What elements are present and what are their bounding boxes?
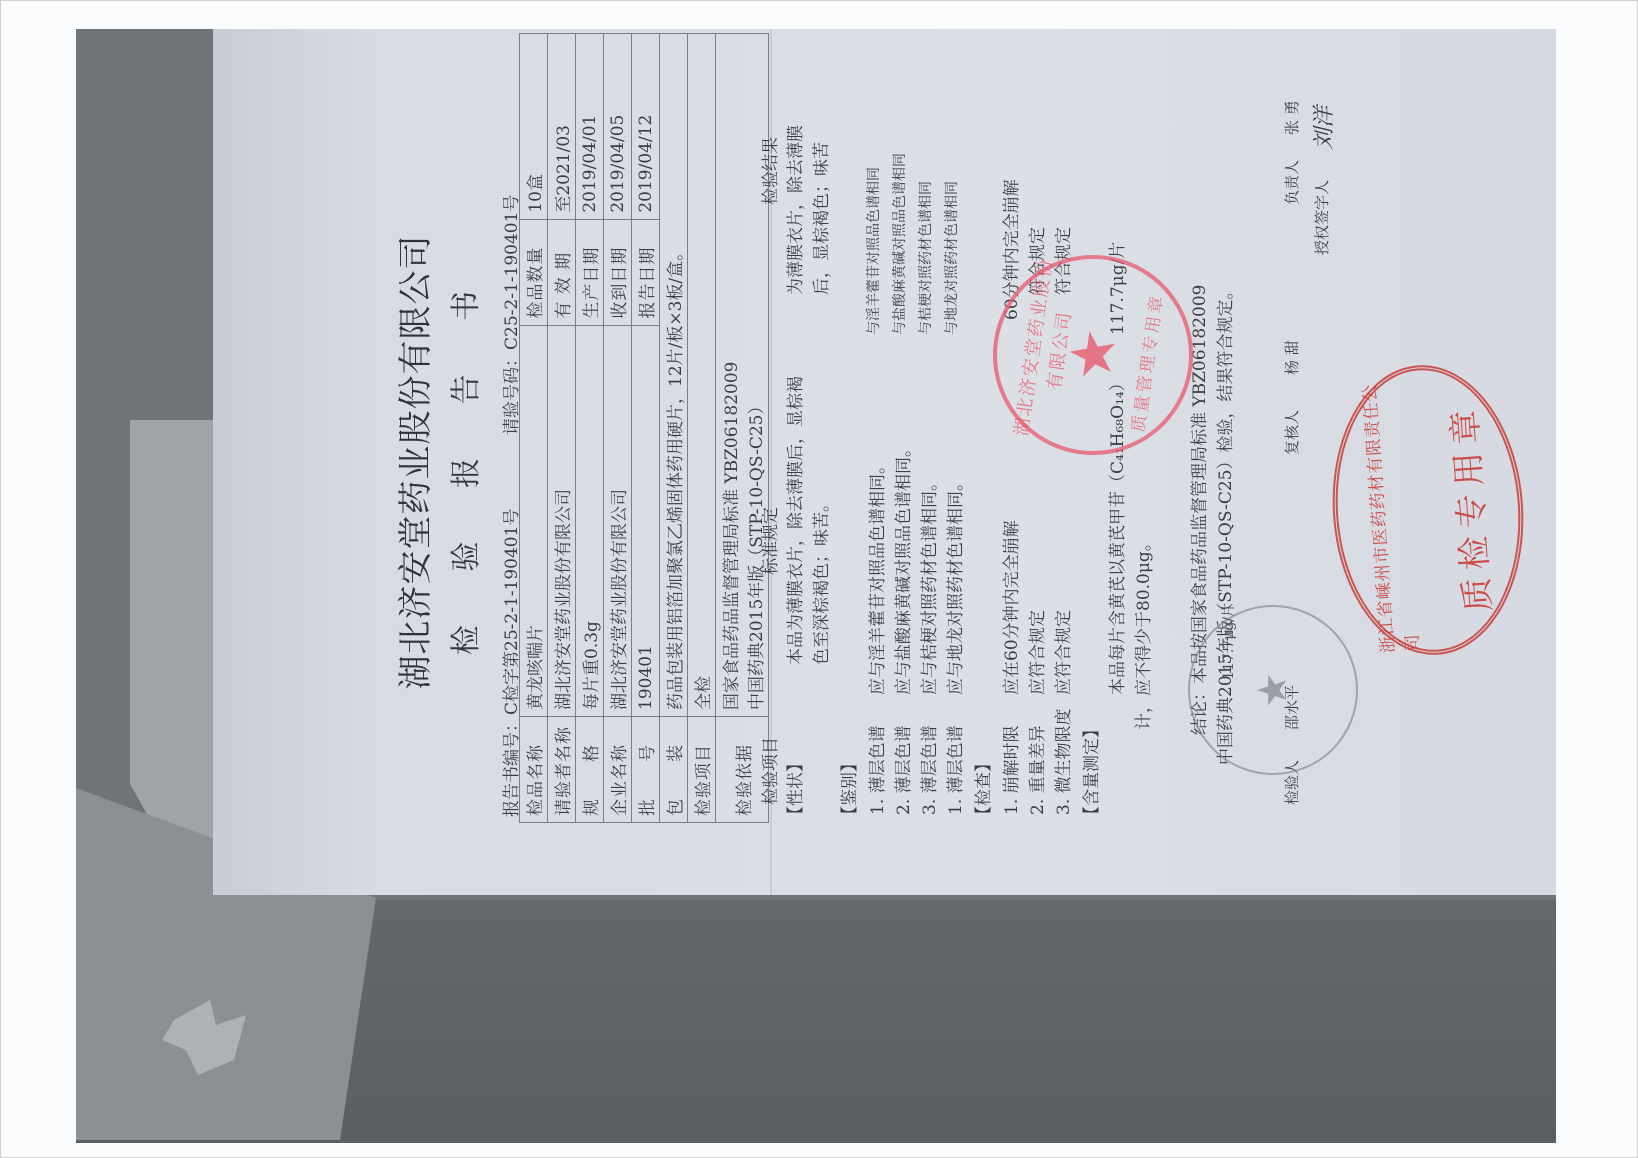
section-heading-identification: 【鉴别】 [835, 755, 860, 823]
character-result-line2: 后，显棕褐色；味苦 [807, 142, 832, 295]
inspection-report: 湖北济安堂药业股份有限公司 检 验 报 告 书 报告书编号：C检字第25-2-1… [213, 29, 1556, 895]
inspect-item-standard: 应符合规定 [1049, 610, 1074, 695]
cell-value: 药品包装用铝箔加聚氯乙烯固体药用硬片，12片/板×3板/盒。 [660, 34, 688, 717]
ident-item-standard: 应与地龙对照药材色谱相同。 [941, 474, 966, 695]
cell-label: 企业名称 [604, 717, 632, 823]
assay-standard-line2: 计，应不得少于80.0μg。 [1129, 534, 1154, 730]
ident-item-result: 与盐酸麻黄碱对照品色谱相同 [889, 153, 909, 335]
inspect-item-name: 2. 重量差异 [1023, 725, 1048, 815]
assay-result-overlay: 117.7μg/片 [1218, 603, 1238, 680]
cell-value: 湖北济安堂药业股份有限公司 [604, 325, 632, 716]
cell-label: 检验项目 [688, 717, 716, 823]
ident-item-result: 与地龙对照药材色谱相同 [941, 181, 961, 335]
section-heading-inspection: 【检查】 [969, 755, 994, 823]
table-row: 批 号 190401 报告日期 2019/04/12 [632, 34, 660, 823]
reviewer-name: 杨 甜 [1281, 340, 1302, 375]
table-row: 请验者名称 湖北济安堂药业股份有限公司 有 效 期 至2021/03 [548, 34, 576, 823]
ident-item-result: 与淫羊藿苷对照品色谱相同 [863, 167, 883, 335]
ident-item-standard: 应与淫羊藿苷对照品色谱相同。 [863, 457, 888, 695]
cell-label: 批 号 [632, 717, 660, 823]
character-standard: 本品为薄膜衣片，除去薄膜后，显棕褐 [781, 376, 806, 665]
column-header-standard: 标准规定 [756, 507, 781, 575]
table-row: 企业名称 湖北济安堂药业股份有限公司 收到日期 2019/04/05 [604, 34, 632, 823]
cell-value: 每片重0.3g [576, 325, 604, 716]
cell-value: 2019/04/05 [604, 34, 632, 220]
ident-item-name: 1. 薄层色谱 [941, 725, 966, 815]
table-row: 包 装 药品包装用铝箔加聚氯乙烯固体药用硬片，12片/板×3板/盒。 [660, 34, 688, 823]
column-header-result: 检验结果 [756, 137, 781, 205]
cell-value: 至2021/03 [548, 34, 576, 220]
cell-value: 黄龙咳喘片 [520, 325, 548, 716]
company-title: 湖北济安堂药业股份有限公司 [388, 29, 437, 895]
ident-item-name: 2. 薄层色谱 [889, 725, 914, 815]
inspect-item-standard: 应在60分钟内完全崩解 [997, 520, 1022, 695]
cell-value: 国家食品药品监督管理局标准 YBZ06182009 中国药典2015年版（STP… [716, 34, 769, 717]
inspect-item-name: 1. 崩解时限 [997, 725, 1022, 815]
table-row: 规 格 每片重0.3g 生产日期 2019/04/01 [576, 34, 604, 823]
inspect-item-standard: 应符合规定 [1023, 610, 1048, 695]
cell-label: 报告日期 [632, 219, 660, 325]
star-icon: ★ [1250, 672, 1296, 708]
cell-label: 规 格 [576, 717, 604, 823]
inspect-item-name: 3. 微生物限度 [1049, 708, 1074, 815]
oval-quality-stamp: 浙江省嵊州市医药药材有限责任公司 质检专用章 [1323, 359, 1533, 662]
section-heading-character: 【性状】 [781, 755, 806, 823]
cell-label: 收到日期 [604, 219, 632, 325]
section-heading-assay: 【含量测定】 [1077, 721, 1102, 823]
cell-label: 包 装 [660, 717, 688, 823]
stamp-text: 浙江省嵊州市医药药材有限责任公司 [1354, 371, 1423, 654]
responsible-name: 张 勇 [1281, 100, 1302, 135]
cell-label: 请验者名称 [548, 717, 576, 823]
responsible-label: 负责人 [1281, 160, 1302, 205]
cell-value: 190401 [632, 325, 660, 716]
table-row: 检品名称 黄龙咳喘片 检品数量 10盒 [520, 34, 548, 823]
ident-item-result: 与桔梗对照药材色谱相同 [915, 181, 935, 335]
ident-item-standard: 应与桔梗对照药材色谱相同。 [915, 474, 940, 695]
cell-label: 有 效 期 [548, 219, 576, 325]
cell-value: 2019/04/01 [576, 34, 604, 220]
character-result: 为薄膜衣片，除去薄膜 [781, 125, 806, 295]
cell-value: 10盒 [520, 34, 548, 220]
cell-label: 检品数量 [520, 219, 548, 325]
authorized-label: 授权签字人 [1311, 180, 1332, 255]
cell-value: 2019/04/12 [632, 34, 660, 220]
ident-item-standard: 应与盐酸麻黄碱对照品色谱相同。 [889, 440, 914, 695]
table-row: 检验项目 全检 [688, 34, 716, 823]
stamp-text: 质检专用章 [1436, 401, 1500, 614]
standard-line-1: 国家食品药品监督管理局标准 YBZ06182009 [717, 40, 742, 710]
report-title: 检 验 报 告 书 [441, 29, 485, 895]
cell-label: 生产日期 [576, 219, 604, 325]
cell-value: 全检 [688, 34, 716, 717]
ident-item-name: 3. 薄层色谱 [915, 725, 940, 815]
character-standard-line2: 色至深棕褐色；味苦。 [807, 495, 832, 665]
authorized-signature: 刘洋 [1307, 106, 1338, 150]
grey-round-stamp: ★ 117.7μg/片 [1188, 605, 1358, 775]
column-header-item: 检验项目 [756, 737, 781, 805]
cell-value: 湖北济安堂药业股份有限公司 [548, 325, 576, 716]
info-table: 检品名称 黄龙咳喘片 检品数量 10盒 请验者名称 湖北济安堂药业股份有限公司 … [519, 33, 769, 823]
cell-label: 检品名称 [520, 717, 548, 823]
stamp-text: 质量管理专用章 [1120, 266, 1171, 460]
reviewer-label: 复核人 [1281, 410, 1302, 455]
ident-item-name: 1. 薄层色谱 [863, 725, 888, 815]
